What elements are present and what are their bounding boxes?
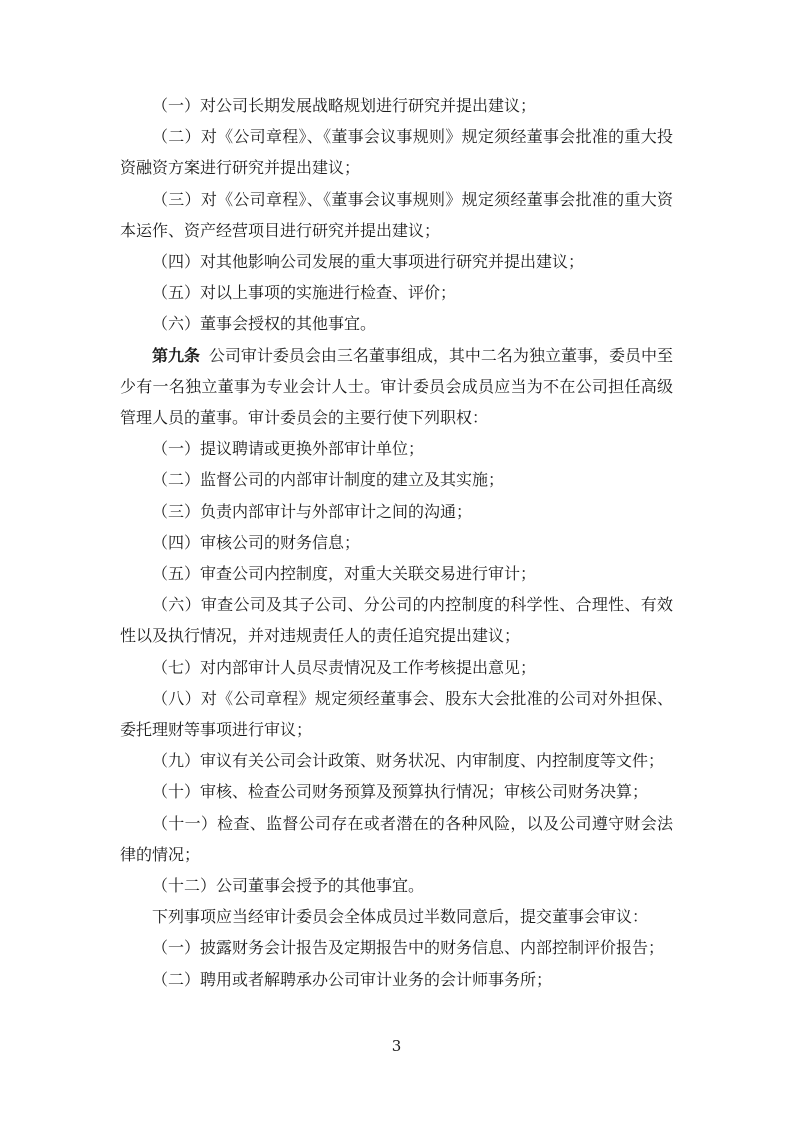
list-item: （八）对《公司章程》规定须经董事会、股东大会批准的公司对外担保、委托理财等事项进… [120, 683, 673, 745]
list-item: （六）审查公司及其子公司、分公司的内控制度的科学性、合理性、有效性以及执行情况，… [120, 589, 673, 651]
list-item: （九）审议有关公司会计政策、财务状况、内审制度、内控制度等文件； [120, 745, 673, 776]
list-item: （一）对公司长期发展战略规划进行研究并提出建议； [120, 90, 673, 121]
list-item: （十一）检查、监督公司存在或者潜在的各种风险，以及公司遵守财会法律的情况； [120, 808, 673, 870]
list-item: （三）负责内部审计与外部审计之间的沟通； [120, 496, 673, 527]
list-item: （四）审核公司的财务信息； [120, 527, 673, 558]
list-item: （二）对《公司章程》、《董事会议事规则》规定须经董事会批准的重大投资融资方案进行… [120, 121, 673, 183]
list-item: （六）董事会授权的其他事宜。 [120, 308, 673, 339]
article-text: 公司审计委员会由三名董事组成，其中二名为独立董事，委员中至少有一名独立董事为专业… [120, 346, 673, 427]
list-item: （三）对《公司章程》、《董事会议事规则》规定须经董事会批准的重大资本运作、资产经… [120, 184, 673, 246]
list-item: （二）监督公司的内部审计制度的建立及其实施； [120, 464, 673, 495]
article-number: 第九条 [152, 346, 200, 365]
list-item: （一）提议聘请或更换外部审计单位； [120, 433, 673, 464]
intro-paragraph: 下列事项应当经审计委员会全体成员过半数同意后，提交董事会审议： [120, 901, 673, 932]
document-page: （一）对公司长期发展战略规划进行研究并提出建议； （二）对《公司章程》、《董事会… [0, 0, 793, 1122]
list-item: （一）披露财务会计报告及定期报告中的财务信息、内部控制评价报告； [120, 932, 673, 963]
list-item: （二）聘用或者解聘承办公司审计业务的会计师事务所； [120, 964, 673, 995]
list-item: （十二）公司董事会授予的其他事宜。 [120, 870, 673, 901]
page-number: 3 [392, 1037, 402, 1055]
list-item: （五）审查公司内控制度，对重大关联交易进行审计； [120, 558, 673, 589]
page-footer: 3 [0, 1036, 793, 1056]
article-paragraph: 第九条公司审计委员会由三名董事组成，其中二名为独立董事，委员中至少有一名独立董事… [120, 340, 673, 434]
list-item: （五）对以上事项的实施进行检查、评价； [120, 277, 673, 308]
list-item: （七）对内部审计人员尽责情况及工作考核提出意见； [120, 652, 673, 683]
list-item: （四）对其他影响公司发展的重大事项进行研究并提出建议； [120, 246, 673, 277]
list-item: （十）审核、检查公司财务预算及预算执行情况；审核公司财务决算； [120, 776, 673, 807]
document-body: （一）对公司长期发展战略规划进行研究并提出建议； （二）对《公司章程》、《董事会… [120, 90, 673, 995]
